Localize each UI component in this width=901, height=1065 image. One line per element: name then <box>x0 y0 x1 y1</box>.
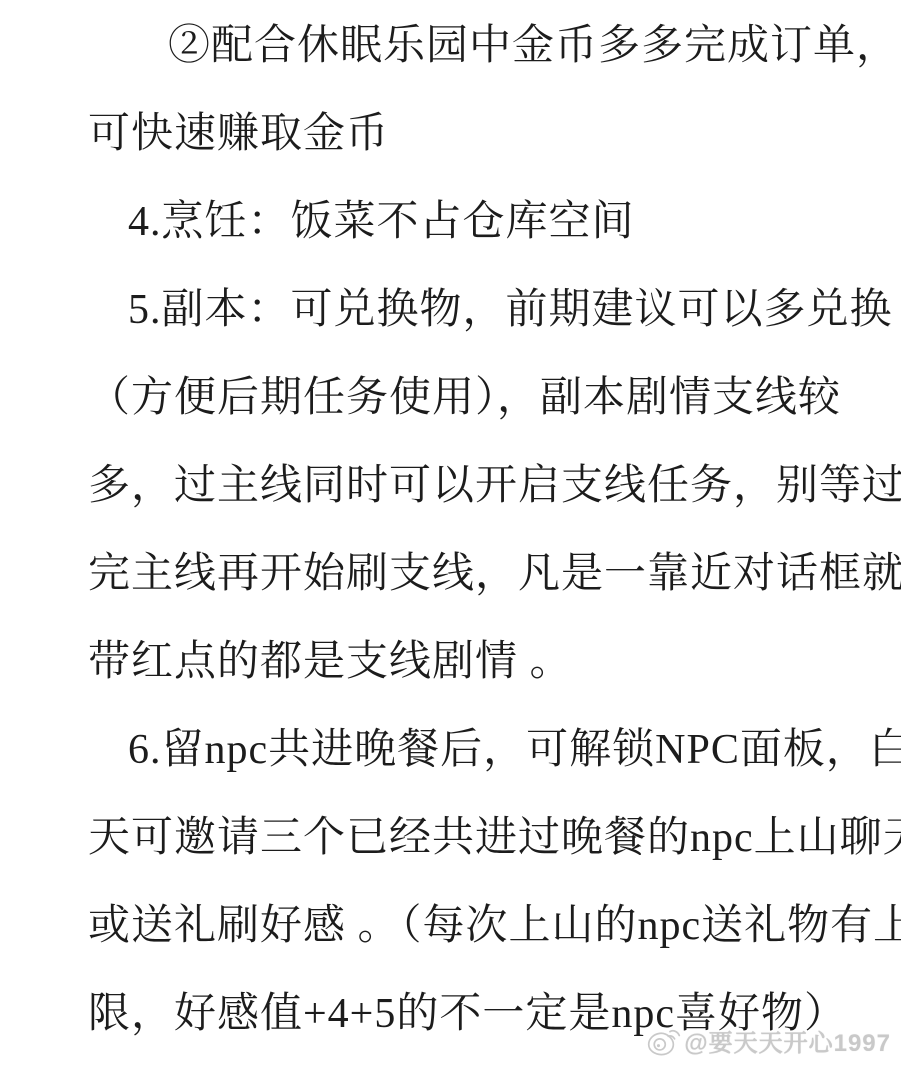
watermark-handle: @要天天开心1997 <box>684 1023 891 1058</box>
text-line: 或送礼刷好感 。（每次上山的npc送礼物有上 <box>88 882 901 970</box>
text-line: 5.副本：可兑换物，前期建议可以多兑换 <box>88 266 901 354</box>
text-line: 多，过主线同时可以开启支线任务，别等过 <box>88 442 901 530</box>
text-line: 4.烹饪：饭菜不占仓库空间 <box>88 178 901 266</box>
watermark: @要天天开心1997 <box>647 1023 891 1058</box>
text-line: 完主线再开始刷支线，凡是一靠近对话框就 <box>88 530 901 618</box>
text-line: 带红点的都是支线剧情 。 <box>88 618 901 706</box>
weibo-logo-icon <box>647 1025 681 1057</box>
text-line: ②配合休眠乐园中金币多多完成订单， <box>88 2 901 90</box>
text-line: 6.留npc共进晚餐后，可解锁NPC面板，白 <box>88 706 901 794</box>
text-line: 可快速赚取金币 <box>88 90 901 178</box>
text-line: 天可邀请三个已经共进过晚餐的npc上山聊天 <box>88 794 901 882</box>
document-body: ②配合休眠乐园中金币多多完成订单， 可快速赚取金币 4.烹饪：饭菜不占仓库空间 … <box>88 2 901 1058</box>
text-line: （方便后期任务使用），副本剧情支线较 <box>88 354 901 442</box>
